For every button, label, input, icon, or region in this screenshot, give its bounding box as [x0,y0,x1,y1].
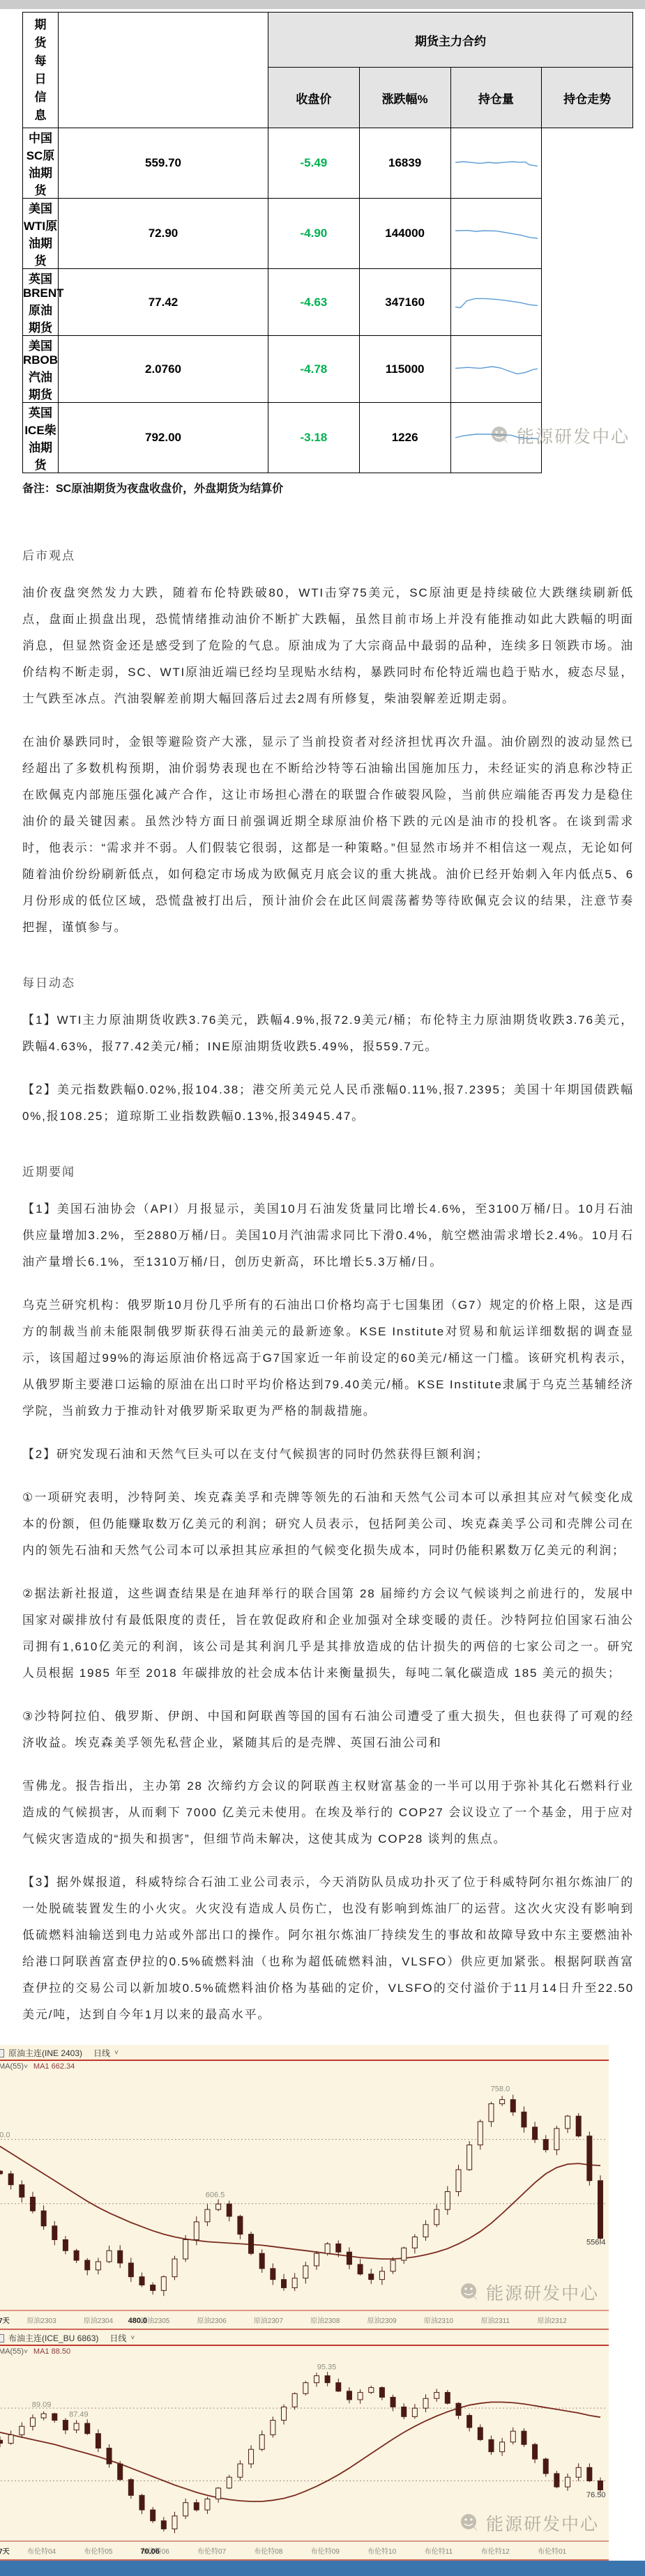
candle-body [259,2435,264,2449]
candle-body [434,2393,439,2399]
candle-body [500,2442,505,2452]
oi-trend-sparkline [450,336,542,403]
chart-plot: 95.3589.0987.4976.50227天布伦特04布伦特05布伦特06布… [0,2356,609,2561]
candle-body [533,2444,538,2459]
chart-window-icon [0,2049,4,2057]
oi-trend-sparkline [450,199,542,269]
candle-body [41,2211,46,2226]
chart-title: 布油主连(ICE_BU 6863) [8,2332,98,2344]
ma-value: MA1 88.50 [33,2347,70,2356]
price-label: 95.35 [317,2363,337,2372]
candle-body [347,2391,351,2400]
table-name-header [59,13,268,128]
chart-header: 布油主连(ICE_BU 6863)日线˅ [0,2330,609,2346]
open-interest: 115000 [359,336,450,403]
chart-title: 原油主连(INE 2403) [8,2047,82,2059]
x-axis-label: 布伦特04 [27,2547,56,2556]
sparkline-chart [451,224,542,243]
price-label: 89.09 [32,2400,52,2409]
candle-body [522,2431,526,2444]
low-price-label: 480.0 [128,2317,148,2325]
open-interest: 1226 [359,403,450,473]
candle-body [216,2204,221,2209]
candle-body [478,2428,483,2439]
chart-header: 原油主连(INE 2403)日线˅ [0,2045,609,2061]
x-axis-label: 布伦特01 [538,2547,567,2556]
ma-value: MA1 662.34 [33,2062,75,2071]
candle-body [325,2376,330,2383]
column-header-1: 收盘价 [268,68,360,128]
oi-trend-sparkline [450,128,542,199]
candle-body [587,2136,592,2181]
candle-body [183,2503,188,2516]
candle-body [390,2398,395,2407]
candle-body [445,2192,450,2210]
candle-body [96,2434,100,2448]
x-axis-label: 布伦特09 [311,2547,340,2556]
x-axis-label: 布伦特05 [84,2547,113,2556]
paragraph: ②据法新社报道，这些调查结果是在迪拜举行的联合国第 28 届缔约方会议气候谈判之… [22,1581,634,1687]
candle-body [0,2171,3,2174]
candle-body [227,2477,232,2488]
charts-area: 原油主连(INE 2403)日线˅MA(55)˅MA1 662.34700.07… [0,2045,645,2561]
change-percent: -4.78 [268,336,360,403]
candle-body [172,2516,177,2529]
period-dropdown[interactable]: 日线 [93,2047,110,2059]
candle-body [412,2408,417,2416]
column-header-2: 涨跌幅% [359,68,450,128]
candle-body [423,2225,428,2237]
candle-body [118,2251,123,2263]
candle-body [172,2259,177,2277]
candle-body [249,2234,254,2254]
candle-body [161,2521,166,2529]
open-interest: 144000 [359,199,450,269]
candle-body [107,2448,112,2464]
candle-body [336,2244,341,2252]
candle-body [227,2204,232,2216]
candle-body [20,2426,24,2435]
sparkline-chart [451,360,542,379]
candle-body [194,2222,199,2240]
sparkline-path [455,231,538,238]
top-strip [0,0,645,9]
candle-body [543,2459,548,2474]
candle-body [314,2253,319,2266]
paragraph: 乌克兰研究机构：俄罗斯10月份几乎所有的石油出口价格均高于七国集团（G7）规定的… [22,1292,634,1425]
chevron-down-icon: ˅ [130,2334,135,2342]
chevron-down-icon: ˅ [24,2063,28,2071]
candle-body [139,2277,144,2285]
section-heading: 后市观点 [22,546,634,563]
candle-body [128,2480,133,2496]
close-price: 792.00 [59,403,268,473]
open-interest: 347160 [359,269,450,336]
low-price-label: 70.06 [140,2547,160,2556]
candle-body [30,2197,35,2211]
candle-body [500,2100,505,2104]
x-axis-label: 原油2308 [310,2316,340,2325]
candle-body [238,2464,243,2477]
candle-body [566,2116,570,2129]
indicator-row: MA(55)˅MA1 88.50 [0,2346,609,2356]
candle-body [271,2269,275,2280]
section-heading: 近期要闻 [22,1162,634,1179]
candle-body [369,2388,374,2393]
candlestick-chart-2: 布油主连(ICE_BU 6863)日线˅MA(55)˅MA1 88.5095.3… [0,2330,609,2561]
period-dropdown[interactable]: 日线 [109,2332,126,2344]
x-axis-label: 原油2312 [538,2316,568,2325]
candle-body [303,2266,308,2278]
chart-plot: 700.0758.0606.5556.4227天原油2303原油2304原油23… [0,2071,609,2330]
candle-body [85,2423,90,2434]
contract-name: 中国SC原油期货 [23,128,59,199]
days-counter: 227天 [0,2317,10,2325]
x-axis-label: 布伦特10 [367,2547,397,2556]
candle-body [445,2393,450,2404]
candle-body [128,2263,133,2277]
candle-body [369,2274,374,2280]
close-price: 72.90 [59,199,268,269]
candle-body [303,2383,308,2394]
contract-name: 美国WTI原油期货 [23,199,59,269]
footer-bar [0,2561,645,2576]
candle-body [8,2435,13,2443]
candle-body [96,2262,100,2270]
ma-line [0,2147,600,2260]
price-label: 87.49 [69,2410,89,2418]
candle-body [467,2145,472,2170]
candle-body [358,2393,363,2400]
price-label: 556.4 [586,2238,606,2246]
candle-body [554,2129,559,2150]
indicator-row: MA(55)˅MA1 662.34 [0,2061,609,2071]
candle-body [434,2209,439,2225]
table-row: 美国WTI原油期货72.90-4.90144000 [23,199,633,269]
table-row: 英国BRENT原油期货77.42-4.63347160 [23,269,633,336]
candle-body [566,2477,570,2487]
x-axis-label: 布伦特08 [254,2547,283,2556]
paragraph: ①一项研究表明，沙特阿美、埃克森美孚和壳牌等领先的石油和天然气公司本可以承担其应… [22,1485,634,1564]
candle-body [216,2488,221,2499]
x-axis-label: 布伦特12 [481,2547,510,2556]
ma-line [0,2402,600,2502]
candle-body [533,2127,538,2140]
table-side-header: 期货每日信息 [23,13,59,128]
paragraph: 【1】美国石油协会（API）月报显示，美国10月石油发货量同比增长4.6%，至3… [22,1196,634,1275]
table-group-header: 期货主力合约 [268,13,633,68]
candle-body [85,2260,90,2270]
oi-trend-sparkline [450,403,542,473]
x-axis-label: 原油2309 [367,2316,397,2325]
paragraph: 油价夜盘突然发力大跌，随着布伦特跌破80，WTI击穿75美元，SC原油更是持续破… [22,580,634,712]
candle-body [282,2407,287,2420]
chart-window-icon [0,2334,4,2343]
x-axis-label: 原油2310 [424,2316,454,2325]
candle-body [107,2251,112,2262]
open-interest: 16839 [359,128,450,199]
candle-body [238,2216,243,2234]
candle-body [151,2510,155,2521]
candle-body [151,2285,155,2290]
candle-body [118,2464,123,2480]
candle-body [161,2277,166,2291]
candle-body [510,2100,515,2113]
chevron-down-icon: ˅ [24,2348,28,2356]
candle-body [41,2414,46,2418]
candle-body [598,2481,603,2490]
y-axis-label: 700.0 [0,2131,10,2140]
candle-body [139,2495,144,2510]
x-axis-label: 原油2304 [84,2316,114,2325]
candle-body [292,2393,297,2407]
sparkline-path [455,434,538,438]
x-axis-label: 原油2311 [481,2316,510,2325]
candle-body [467,2416,472,2428]
x-axis-label: 布伦特07 [197,2547,227,2556]
price-label: 606.5 [206,2191,225,2199]
contract-name: 美国RBOB汽油期货 [23,336,59,403]
candle-body [20,2185,24,2198]
section-heading: 每日动态 [22,973,634,990]
candle-body [30,2418,35,2426]
candle-body [576,2116,581,2136]
change-percent: -5.49 [268,128,360,199]
candle-body [598,2181,603,2239]
table-note: 备注：SC原油期货为夜盘收盘价，外盘期货为结算价 [22,480,634,496]
x-axis-label: 原油2307 [254,2316,284,2325]
sparkline-chart [451,428,542,447]
candle-body [63,2421,68,2430]
candle-body [379,2271,384,2280]
candle-body [292,2278,297,2288]
price-label: 758.0 [491,2085,510,2094]
candle-body [74,2423,79,2430]
chevron-down-icon: ˅ [114,2049,119,2057]
candle-body [8,2174,13,2185]
price-label: 76.50 [586,2491,606,2499]
candle-body [543,2140,548,2150]
close-price: 77.42 [59,269,268,336]
table-row: 英国ICE柴油期货792.00-3.181226 [23,403,633,473]
candle-body [336,2383,341,2391]
sparkline-chart [451,153,542,173]
candle-body [347,2252,351,2264]
paragraph: 雪佛龙。报告指出，主办第 28 次缔约方会议的阿联酋主权财富基金的一半可以用于弥… [22,1773,634,1853]
candle-body [314,2376,319,2383]
x-axis-label: 布伦特11 [425,2547,453,2556]
candle-body [259,2253,264,2269]
futures-table-wrap: 期货每日信息 期货主力合约 收盘价涨跌幅%持仓量持仓走势 中国SC原油期货559… [22,12,634,473]
table-row: 美国RBOB汽油期货2.0760-4.78115000 [23,336,633,403]
candle-body [456,2403,461,2415]
candle-body [74,2251,79,2260]
futures-daily-table: 期货每日信息 期货主力合约 收盘价涨跌幅%持仓量持仓走势 中国SC原油期货559… [22,12,633,473]
candle-body [52,2226,57,2240]
sparkline-path [455,367,538,374]
candle-body [390,2260,395,2271]
candle-body [358,2264,363,2274]
candle-body [456,2170,461,2192]
close-price: 2.0760 [59,336,268,403]
sparkline-path [455,298,538,307]
contract-name: 英国BRENT原油期货 [23,269,59,336]
paragraph: 在油价暴跌同时，金银等避险资产大涨，显示了当前投资者对经济担忧再次升温。油价剧烈… [22,729,634,941]
candle-body [522,2112,526,2127]
article-body: 后市观点油价夜盘突然发力大跌，随着布伦特跌破80，WTI击穿75美元，SC原油更… [22,496,634,2028]
candle-body [205,2499,210,2510]
x-axis-label: 原油2306 [197,2316,227,2325]
candle-body [183,2239,188,2259]
paragraph: 【2】美元指数跌幅0.02%,报104.38；港交所美元兑人民币涨幅0.11%,… [22,1077,634,1130]
candle-body [576,2467,581,2477]
column-header-4: 持仓走势 [542,68,633,128]
candlestick-chart-1: 原油主连(INE 2403)日线˅MA(55)˅MA1 662.34700.07… [0,2045,609,2330]
oi-trend-sparkline [450,269,542,336]
candle-body [52,2414,57,2420]
ma-dropdown[interactable]: MA(55) [0,2062,24,2071]
candle-body [412,2237,417,2248]
candle-body [249,2449,254,2464]
candle-body [194,2503,199,2510]
sparkline-chart [451,293,542,312]
candle-body [423,2398,428,2408]
sparkline-path [455,162,538,166]
column-header-3: 持仓量 [450,68,542,128]
candle-body [402,2407,407,2416]
x-axis-label: 原油2303 [26,2316,56,2325]
close-price: 559.70 [59,128,268,199]
paragraph: 【2】研究发现石油和天然气巨头可以在支付气候损害的同时仍然获得巨额利润； [22,1441,634,1468]
paragraph: ③沙特阿拉伯、俄罗斯、伊朗、中国和阿联酋等国的国有石油公司遭受了重大损失，但也获… [22,1703,634,1756]
contract-name: 英国ICE柴油期货 [23,403,59,473]
candle-body [489,2103,494,2122]
candle-body [554,2474,559,2487]
change-percent: -4.90 [268,199,360,269]
candle-body [325,2244,330,2253]
candle-body [402,2248,407,2260]
change-percent: -4.63 [268,269,360,336]
change-percent: -3.18 [268,403,360,473]
table-row: 中国SC原油期货559.70-5.4916839 [23,128,633,199]
candle-body [510,2431,515,2442]
candle-body [271,2421,275,2435]
candle-body [205,2209,210,2222]
ma-dropdown[interactable]: MA(55) [0,2347,24,2356]
candle-body [478,2122,483,2145]
candle-body [0,2440,3,2443]
days-counter: 227天 [0,2547,10,2556]
candle-body [379,2388,384,2398]
candle-body [489,2439,494,2451]
candle-body [63,2239,68,2251]
paragraph: 【3】据外媒报道，科威特综合石油工业公司表示，今天消防队员成功扑灭了位于科威特阿… [22,1869,634,2028]
paragraph: 【1】WTI主力原油期货收跌3.76美元，跌幅4.9%,报72.9美元/桶；布伦… [22,1007,634,1060]
candle-body [282,2280,287,2288]
candle-body [587,2467,592,2481]
